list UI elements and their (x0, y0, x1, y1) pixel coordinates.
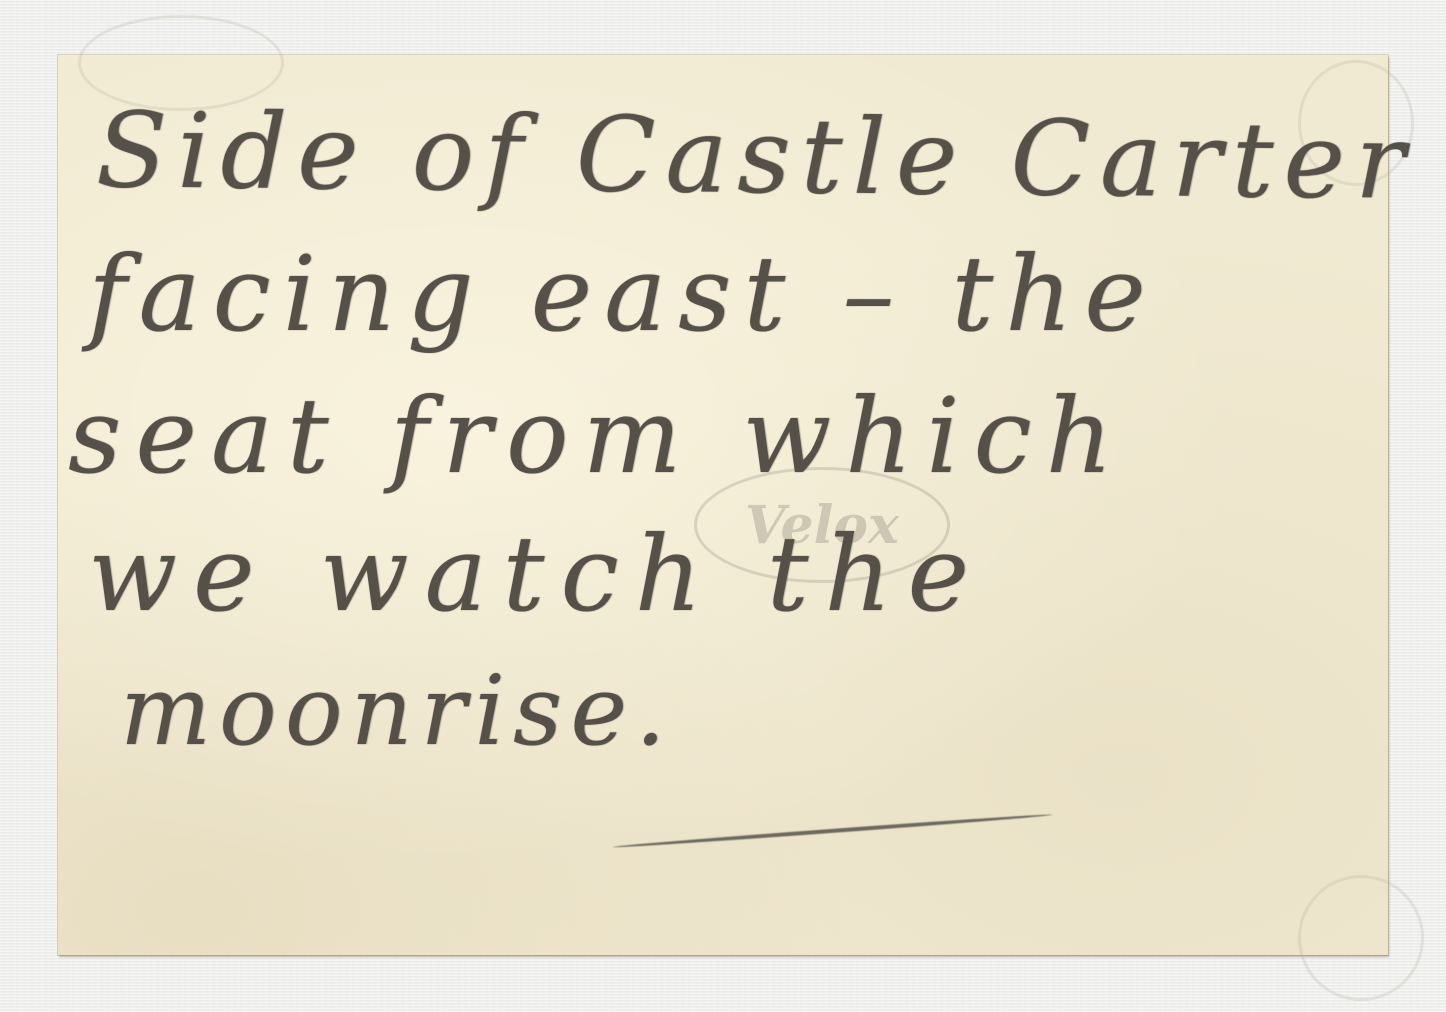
handwritten-line: we watch the (88, 513, 985, 635)
faint-stamp-ring (1298, 875, 1424, 1001)
note-card: Velox Side of Castle Carter facing east … (58, 55, 1388, 955)
handwritten-line: facing east – the (88, 233, 1158, 355)
handwritten-line: seat from which (68, 375, 1127, 497)
handwritten-line: Side of Castle Carter (95, 89, 1415, 223)
handwritten-line: moonrise. (120, 655, 674, 767)
pencil-underline-stroke (613, 813, 1052, 849)
